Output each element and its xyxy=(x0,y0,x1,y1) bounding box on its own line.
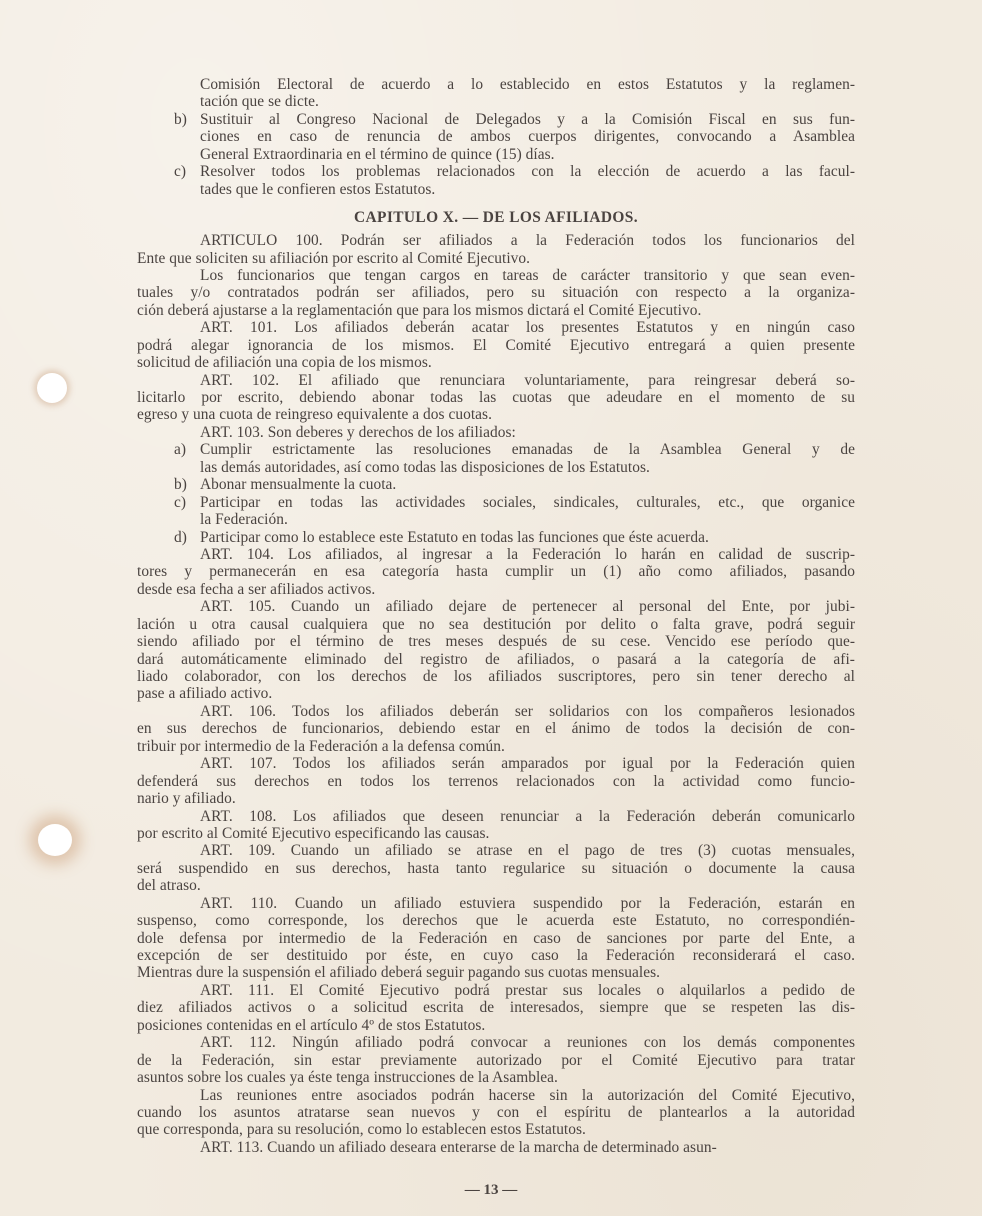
list-item-text: ciones en caso de renuncia de ambos cuer… xyxy=(200,128,855,145)
article-105-line: liado colaborador, con los derechos de l… xyxy=(137,668,855,685)
article-105-line: ART. 105. Cuando un afiliado dejare de p… xyxy=(137,598,855,615)
article-110-line: ART. 110. Cuando un afiliado estuviera s… xyxy=(137,895,855,912)
page-body: Comisión Electoral de acuerdo a lo estab… xyxy=(137,76,855,1156)
continuation-item: b)Sustituir al Congreso Nacional de Dele… xyxy=(137,111,855,128)
article-109-line: del atraso. xyxy=(137,877,855,894)
article-112-line: que corresponda, para su resolución, com… xyxy=(137,1121,855,1138)
article-108-line: por escrito al Comité Ejecutivo especifi… xyxy=(137,825,855,842)
article-102-line: egreso y una cuota de reingreso equivale… xyxy=(137,406,855,423)
article-100-line: Ente que soliciten su afiliación por esc… xyxy=(137,250,855,267)
article-100-line: ARTICULO 100. Podrán ser afiliados a la … xyxy=(137,232,855,249)
article-104-line: ART. 104. Los afiliados, al ingresar a l… xyxy=(137,546,855,563)
article-112-line: ART. 112. Ningún afiliado podrá convocar… xyxy=(137,1034,855,1051)
list-item-text: Participar en todas las actividades soci… xyxy=(200,494,855,511)
article-111-line: ART. 111. El Comité Ejecutivo podrá pres… xyxy=(137,982,855,999)
article-111-line: diez afiliados activos o a solicitud esc… xyxy=(137,999,855,1016)
article-112-line: de la Federación, sin estar previamente … xyxy=(137,1052,855,1069)
article-101-line: solicitud de afiliación una copia de los… xyxy=(137,354,855,371)
chapter-heading: CAPITULO X. — DE LOS AFILIADOS. xyxy=(137,208,855,228)
article-100-line: Los funcionarios que tengan cargos en ta… xyxy=(137,267,855,284)
continuation-item: ciones en caso de renuncia de ambos cuer… xyxy=(137,128,855,145)
article-106-line: tribuir por intermedio de la Federación … xyxy=(137,738,855,755)
article-112-line: cuando los asuntos atratarse sean nuevos… xyxy=(137,1104,855,1121)
article-103-item: a)Cumplir estrictamente las resoluciones… xyxy=(137,441,855,458)
article-101-line: ART. 101. Los afiliados deberán acatar l… xyxy=(137,319,855,336)
list-item-label: b) xyxy=(174,111,187,128)
list-item-text: la Federación. xyxy=(200,511,855,528)
list-item-label: d) xyxy=(174,529,187,546)
article-100-line: ción deberá ajustarse a la reglamentació… xyxy=(137,302,855,319)
list-item-text: Resolver todos los problemas relacionado… xyxy=(200,163,855,180)
article-105-line: dará automáticamente eliminado del regis… xyxy=(137,651,855,668)
article-106-line: ART. 106. Todos los afiliados deberán se… xyxy=(137,703,855,720)
continuation-line: Comisión Electoral de acuerdo a lo estab… xyxy=(137,76,855,93)
article-100-line: tuales y/o contratados podrán ser afilia… xyxy=(137,284,855,301)
article-102-line: ART. 102. El afiliado que renunciara vol… xyxy=(137,372,855,389)
article-110-line: dole defensa por intermedio de la Federa… xyxy=(137,930,855,947)
list-item-label: c) xyxy=(174,494,186,511)
punch-hole-lower xyxy=(38,824,72,856)
article-103-item: la Federación. xyxy=(137,511,855,528)
article-105-line: lación u otra causal cualquiera que no s… xyxy=(137,616,855,633)
article-107-line: defenderá sus derechos en todos los terr… xyxy=(137,773,855,790)
list-item-text: Cumplir estrictamente las resoluciones e… xyxy=(200,441,855,458)
continuation-line: tación que se dicte. xyxy=(137,93,855,110)
article-110-line: suspenso, como corresponde, los derechos… xyxy=(137,912,855,929)
article-112-line: asuntos sobre los cuales ya éste tenga i… xyxy=(137,1069,855,1086)
article-110-line: excepción de ser destituido por éste, en… xyxy=(137,947,855,964)
page-number: — 13 — xyxy=(0,1182,982,1199)
list-item-text: las demás autoridades, así como todas la… xyxy=(200,459,855,476)
list-item-text: Participar como lo establece este Estatu… xyxy=(200,529,855,546)
article-104-line: tores y permanecerán en esa categoría ha… xyxy=(137,563,855,580)
article-103-item: d)Participar como lo establece este Esta… xyxy=(137,529,855,546)
article-113-line: ART. 113. Cuando un afiliado deseara ent… xyxy=(137,1139,855,1156)
article-109-line: ART. 109. Cuando un afiliado se atrase e… xyxy=(137,842,855,859)
punch-hole-upper xyxy=(37,373,67,403)
continuation-item: tades que le confieren estos Estatutos. xyxy=(137,181,855,198)
list-item-label: c) xyxy=(174,163,186,180)
article-105-line: siendo afiliado por el término de tres m… xyxy=(137,633,855,650)
article-111-line: posiciones contenidas en el artículo 4º … xyxy=(137,1017,855,1034)
article-106-line: en sus derechos de funcionarios, debiend… xyxy=(137,720,855,737)
article-108-line: ART. 108. Los afiliados que deseen renun… xyxy=(137,808,855,825)
list-item-text: tades que le confieren estos Estatutos. xyxy=(200,181,855,198)
list-item-label: a) xyxy=(174,441,186,458)
article-107-line: ART. 107. Todos los afiliados serán ampa… xyxy=(137,755,855,772)
list-item-text: Abonar mensualmente la cuota. xyxy=(200,476,855,493)
list-item-text: Sustituir al Congreso Nacional de Delega… xyxy=(200,111,855,128)
continuation-item: General Extraordinaria en el término de … xyxy=(137,146,855,163)
article-104-line: desde esa fecha a ser afiliados activos. xyxy=(137,581,855,598)
article-103-item: c)Participar en todas las actividades so… xyxy=(137,494,855,511)
article-105-line: pase a afiliado activo. xyxy=(137,685,855,702)
article-102-line: licitarlo por escrito, debiendo abonar t… xyxy=(137,389,855,406)
article-103-item: b)Abonar mensualmente la cuota. xyxy=(137,476,855,493)
article-103-item: las demás autoridades, así como todas la… xyxy=(137,459,855,476)
article-103-line: ART. 103. Son deberes y derechos de los … xyxy=(137,424,855,441)
article-110-line: Mientras dure la suspensión el afiliado … xyxy=(137,964,855,981)
article-101-line: podrá alegar ignorancia de los mismos. E… xyxy=(137,337,855,354)
list-item-text: General Extraordinaria en el término de … xyxy=(200,146,855,163)
article-107-line: nario y afiliado. xyxy=(137,790,855,807)
article-109-line: será suspendido en sus derechos, hasta t… xyxy=(137,860,855,877)
list-item-label: b) xyxy=(174,476,187,493)
document-page: Comisión Electoral de acuerdo a lo estab… xyxy=(0,0,982,1216)
article-112-line: Las reuniones entre asociados podrán hac… xyxy=(137,1087,855,1104)
continuation-item: c)Resolver todos los problemas relaciona… xyxy=(137,163,855,180)
